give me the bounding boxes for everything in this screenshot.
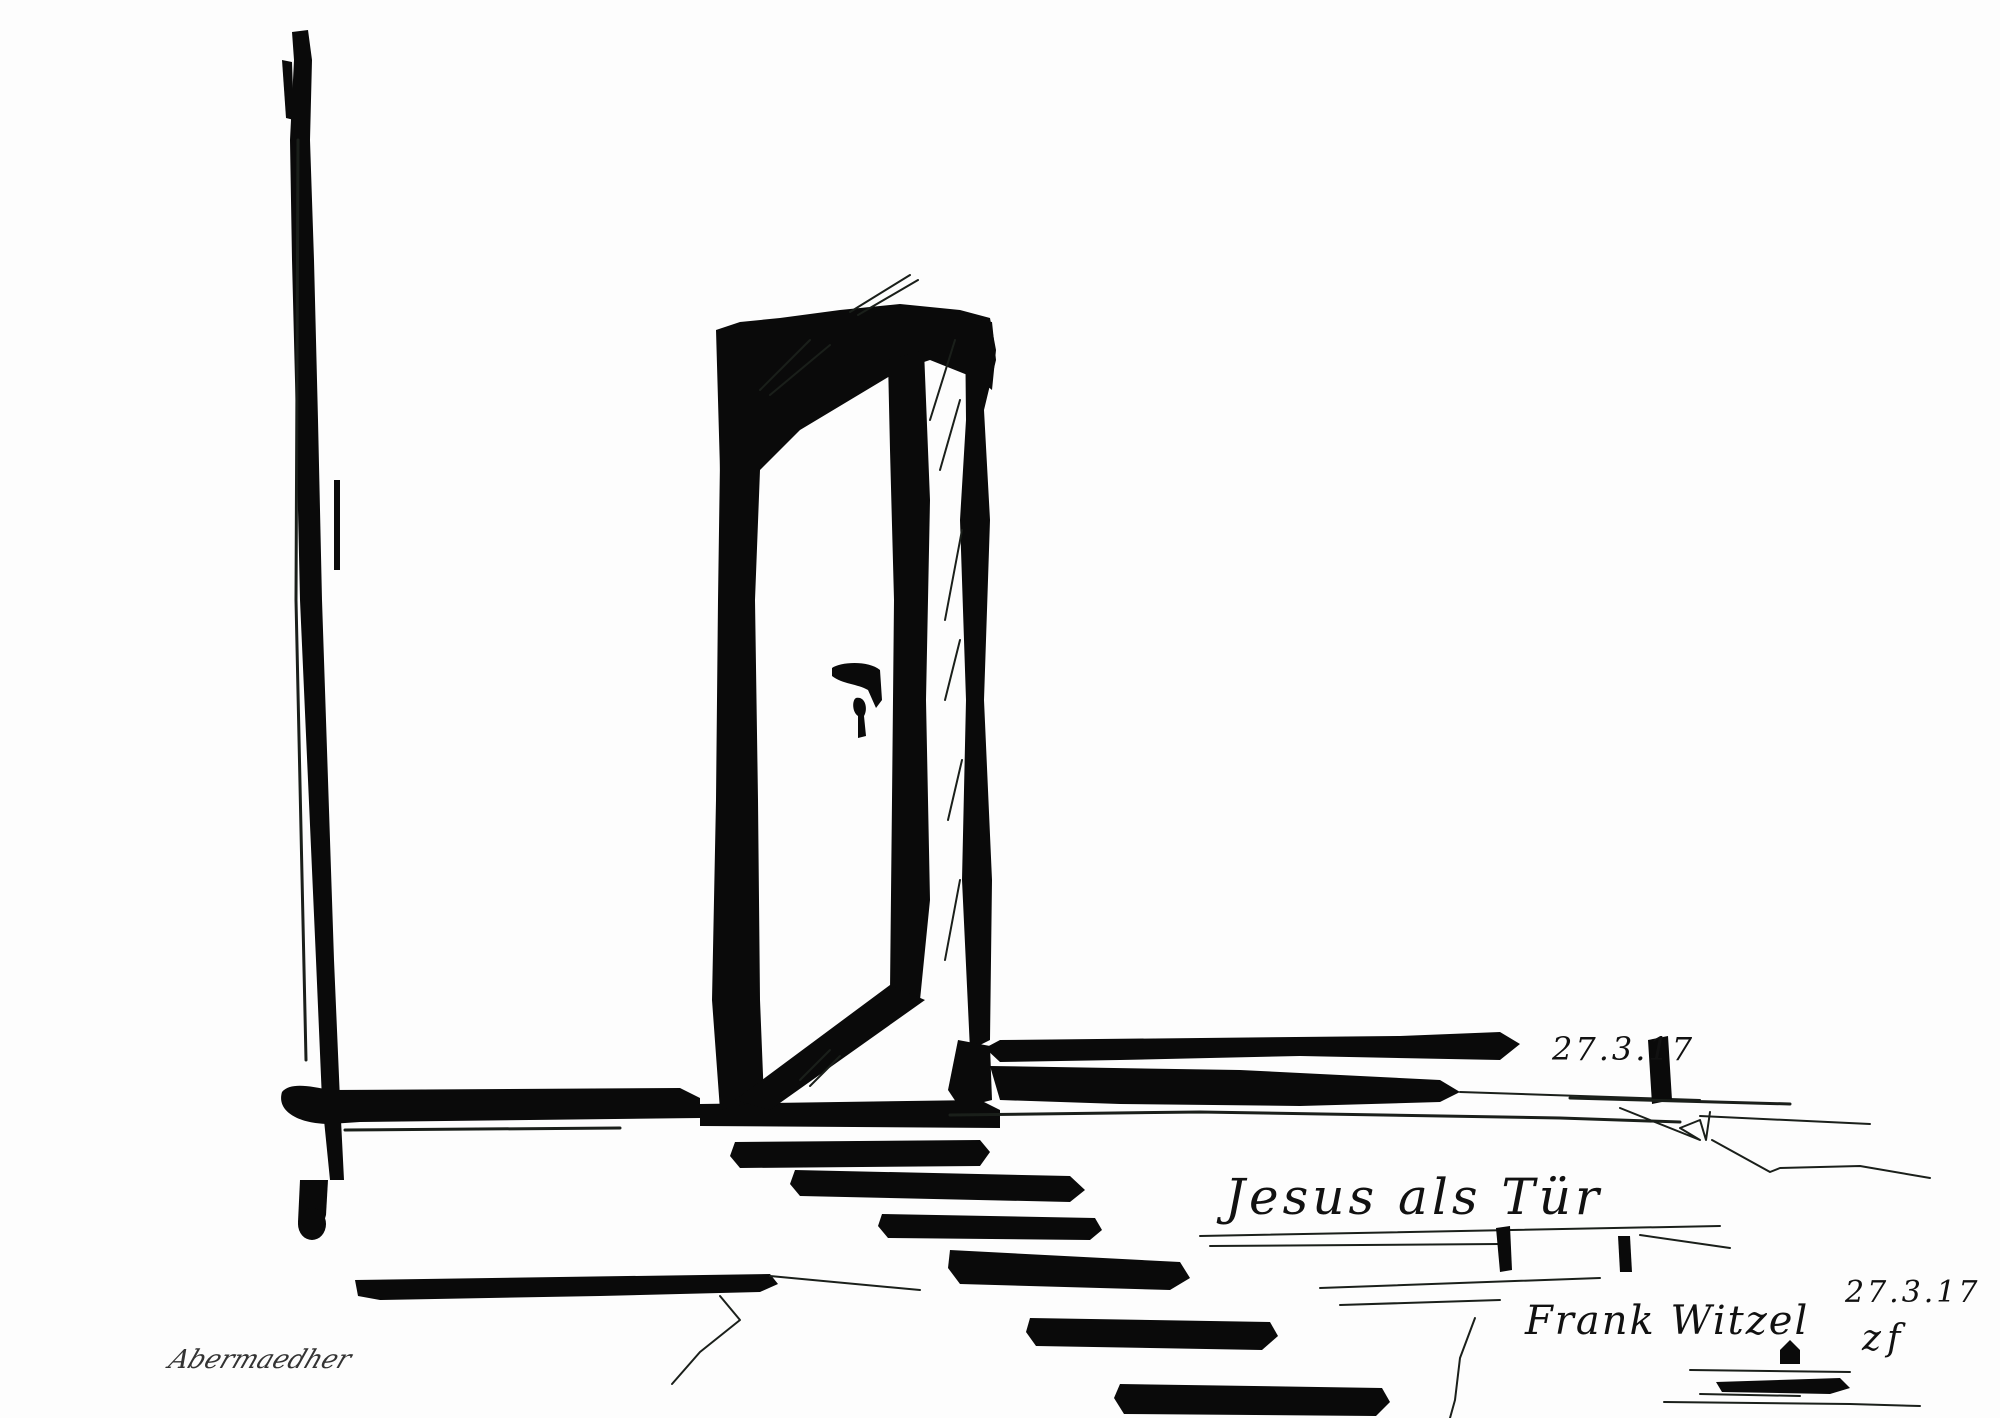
- date-bottom-right: 27.3.17: [1845, 1275, 1981, 1310]
- date-mark: zf: [1862, 1318, 1906, 1359]
- left-pole: [282, 30, 344, 1240]
- secondary-signature: Abermaedher: [165, 1345, 356, 1375]
- ink-drawing: Jesus als Tür Frank Witzel 27.3.17 27.3.…: [0, 0, 2000, 1418]
- date-top-right: 27.3.17: [1552, 1030, 1695, 1068]
- title-inscription: Jesus als Tür: [1225, 1168, 1603, 1226]
- artist-signature: Frank Witzel: [1525, 1298, 1809, 1344]
- door: [712, 275, 996, 1110]
- drawing-svg: [0, 0, 2000, 1418]
